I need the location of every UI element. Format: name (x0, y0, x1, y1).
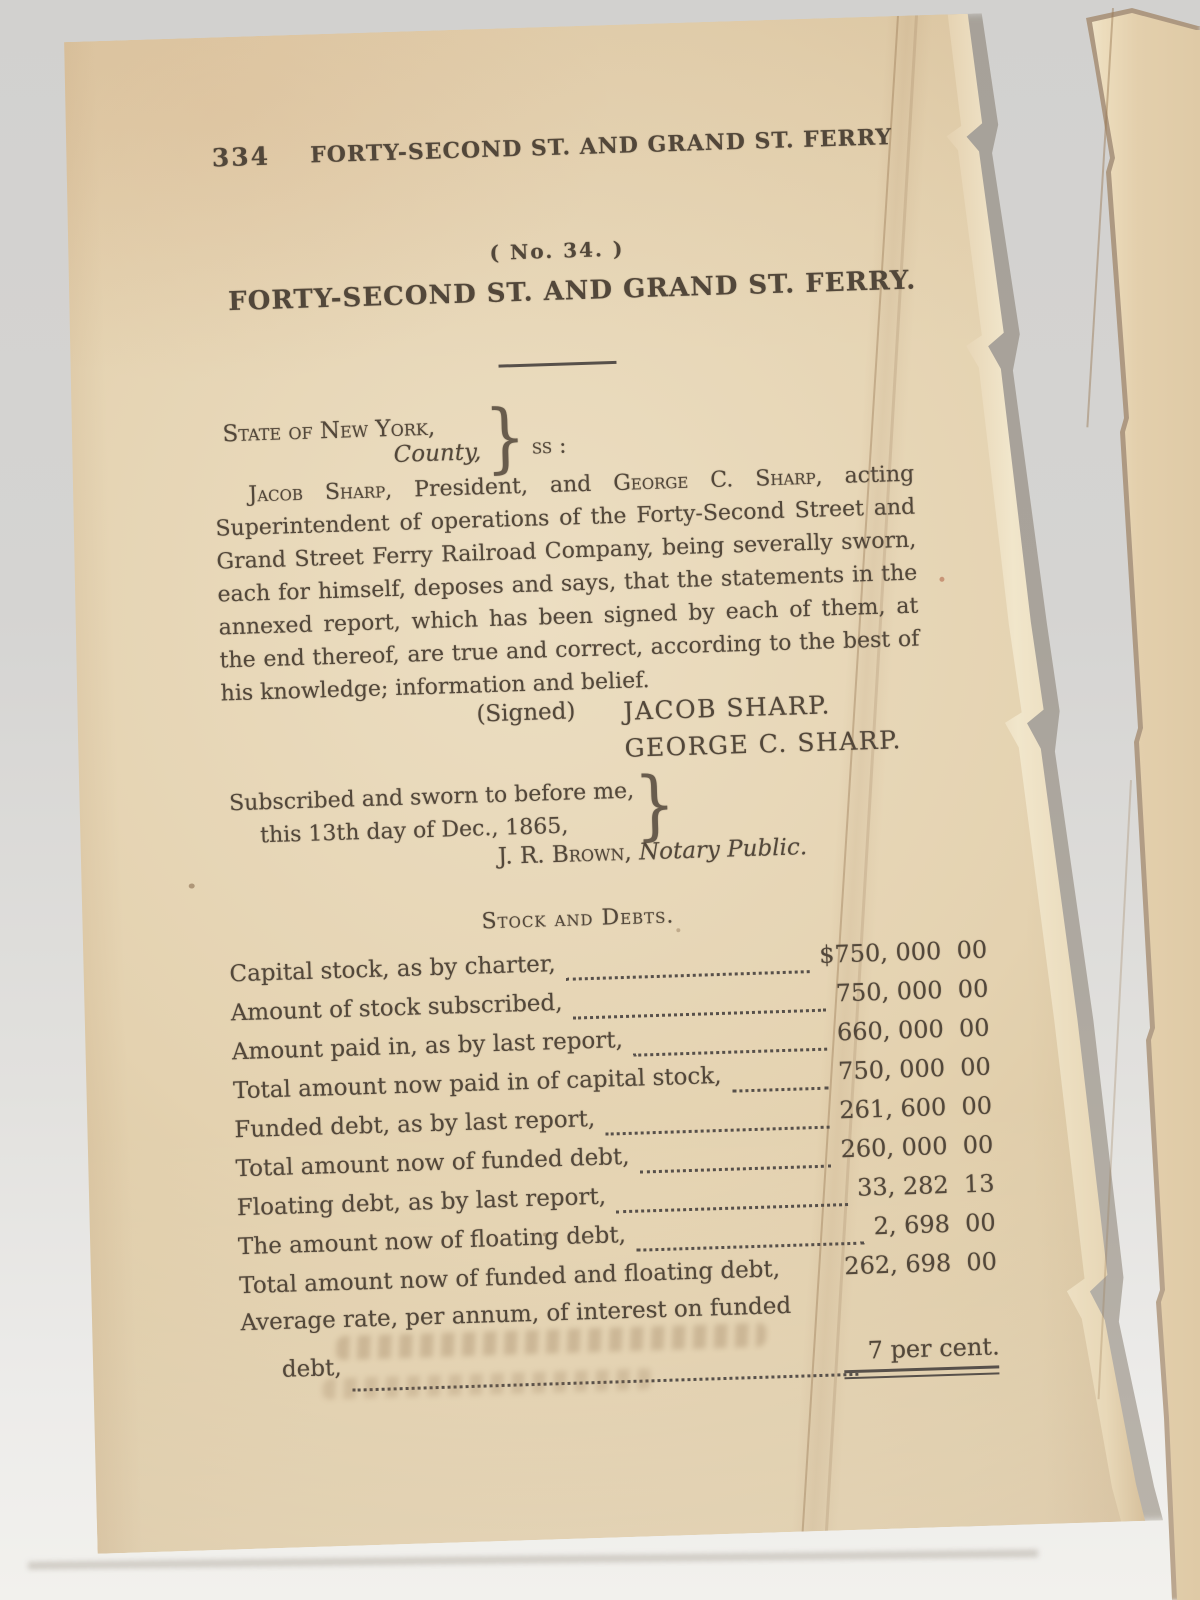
brace-glyph: } (633, 767, 676, 846)
row-label: Capital stock, as by charter, (229, 951, 556, 987)
venue-lines: State of New York, County, (222, 413, 486, 473)
torn-strip-seam (1098, 780, 1132, 1399)
torn-paper-strip (1078, 0, 1200, 1600)
book-page-group: 334 FORTY-SECOND ST. AND GRAND ST. FERRY… (50, 8, 1197, 1554)
page-number: 334 (211, 142, 270, 173)
section-heading: Stock and Debts. (228, 895, 928, 942)
ss-label: ss : (525, 415, 567, 459)
brace-glyph: } (484, 400, 527, 477)
dot-leader (636, 1242, 864, 1252)
row-amount: 7 per cent. (867, 1332, 1000, 1364)
signed-label: (Signed) (476, 694, 577, 771)
row-amount: 750, 000 00 (838, 1053, 991, 1086)
printed-content: 334 FORTY-SECOND ST. AND GRAND ST. FERRY… (200, 14, 1006, 1507)
signature-block: (Signed) JACOB SHARP. GEORGE C. SHARP. (476, 684, 902, 771)
photo-backdrop: { "colors": { "backdrop_top": "#d2d1cf",… (0, 0, 1200, 1600)
notary-name: J. R. Brown, (498, 840, 633, 870)
row-amount: $750, 000 00 (819, 936, 988, 969)
name-jacob-sharp: Jacob Sharp (248, 478, 386, 507)
row-amount: 660, 000 00 (837, 1014, 990, 1047)
dot-leader (606, 1126, 830, 1136)
row-amount: 33, 282 13 (857, 1169, 995, 1201)
document-title: FORTY-SECOND ST. AND GRAND ST. FERRY. (192, 264, 953, 318)
dot-leader (732, 1087, 829, 1093)
row-amount: 2, 698 00 (873, 1208, 996, 1240)
jurat-venue-block: State of New York, County, } ss : (222, 405, 567, 480)
running-header-row: 334 FORTY-SECOND ST. AND GRAND ST. FERRY (203, 120, 959, 178)
notary-title: Notary Public. (631, 834, 807, 865)
dot-leader (640, 1165, 831, 1174)
signatures: JACOB SHARP. GEORGE C. SHARP. (623, 684, 903, 767)
foxing-speck (189, 883, 195, 888)
dot-leader (566, 970, 810, 981)
row-amount: 262, 698 00 (844, 1247, 997, 1280)
jurat-body: Jacob Sharp, President, and George C. Sh… (214, 458, 921, 711)
running-header: FORTY-SECOND ST. AND GRAND ST. FERRY (263, 123, 938, 170)
signature: GEORGE C. SHARP. (624, 721, 902, 767)
dot-leader (616, 1203, 847, 1213)
dot-leader (633, 1048, 827, 1057)
row-amount: 260, 000 00 (840, 1130, 993, 1163)
row-amount: 750, 000 00 (835, 975, 988, 1008)
name-george-c-sharp: George C. Sharp (613, 465, 816, 496)
title-rule (498, 361, 616, 368)
dot-leader (573, 1009, 826, 1020)
page-bottom-shadow (28, 1550, 1038, 1569)
row-amount: 261, 600 00 (839, 1091, 992, 1124)
report-number: ( No. 34. ) (207, 228, 907, 274)
